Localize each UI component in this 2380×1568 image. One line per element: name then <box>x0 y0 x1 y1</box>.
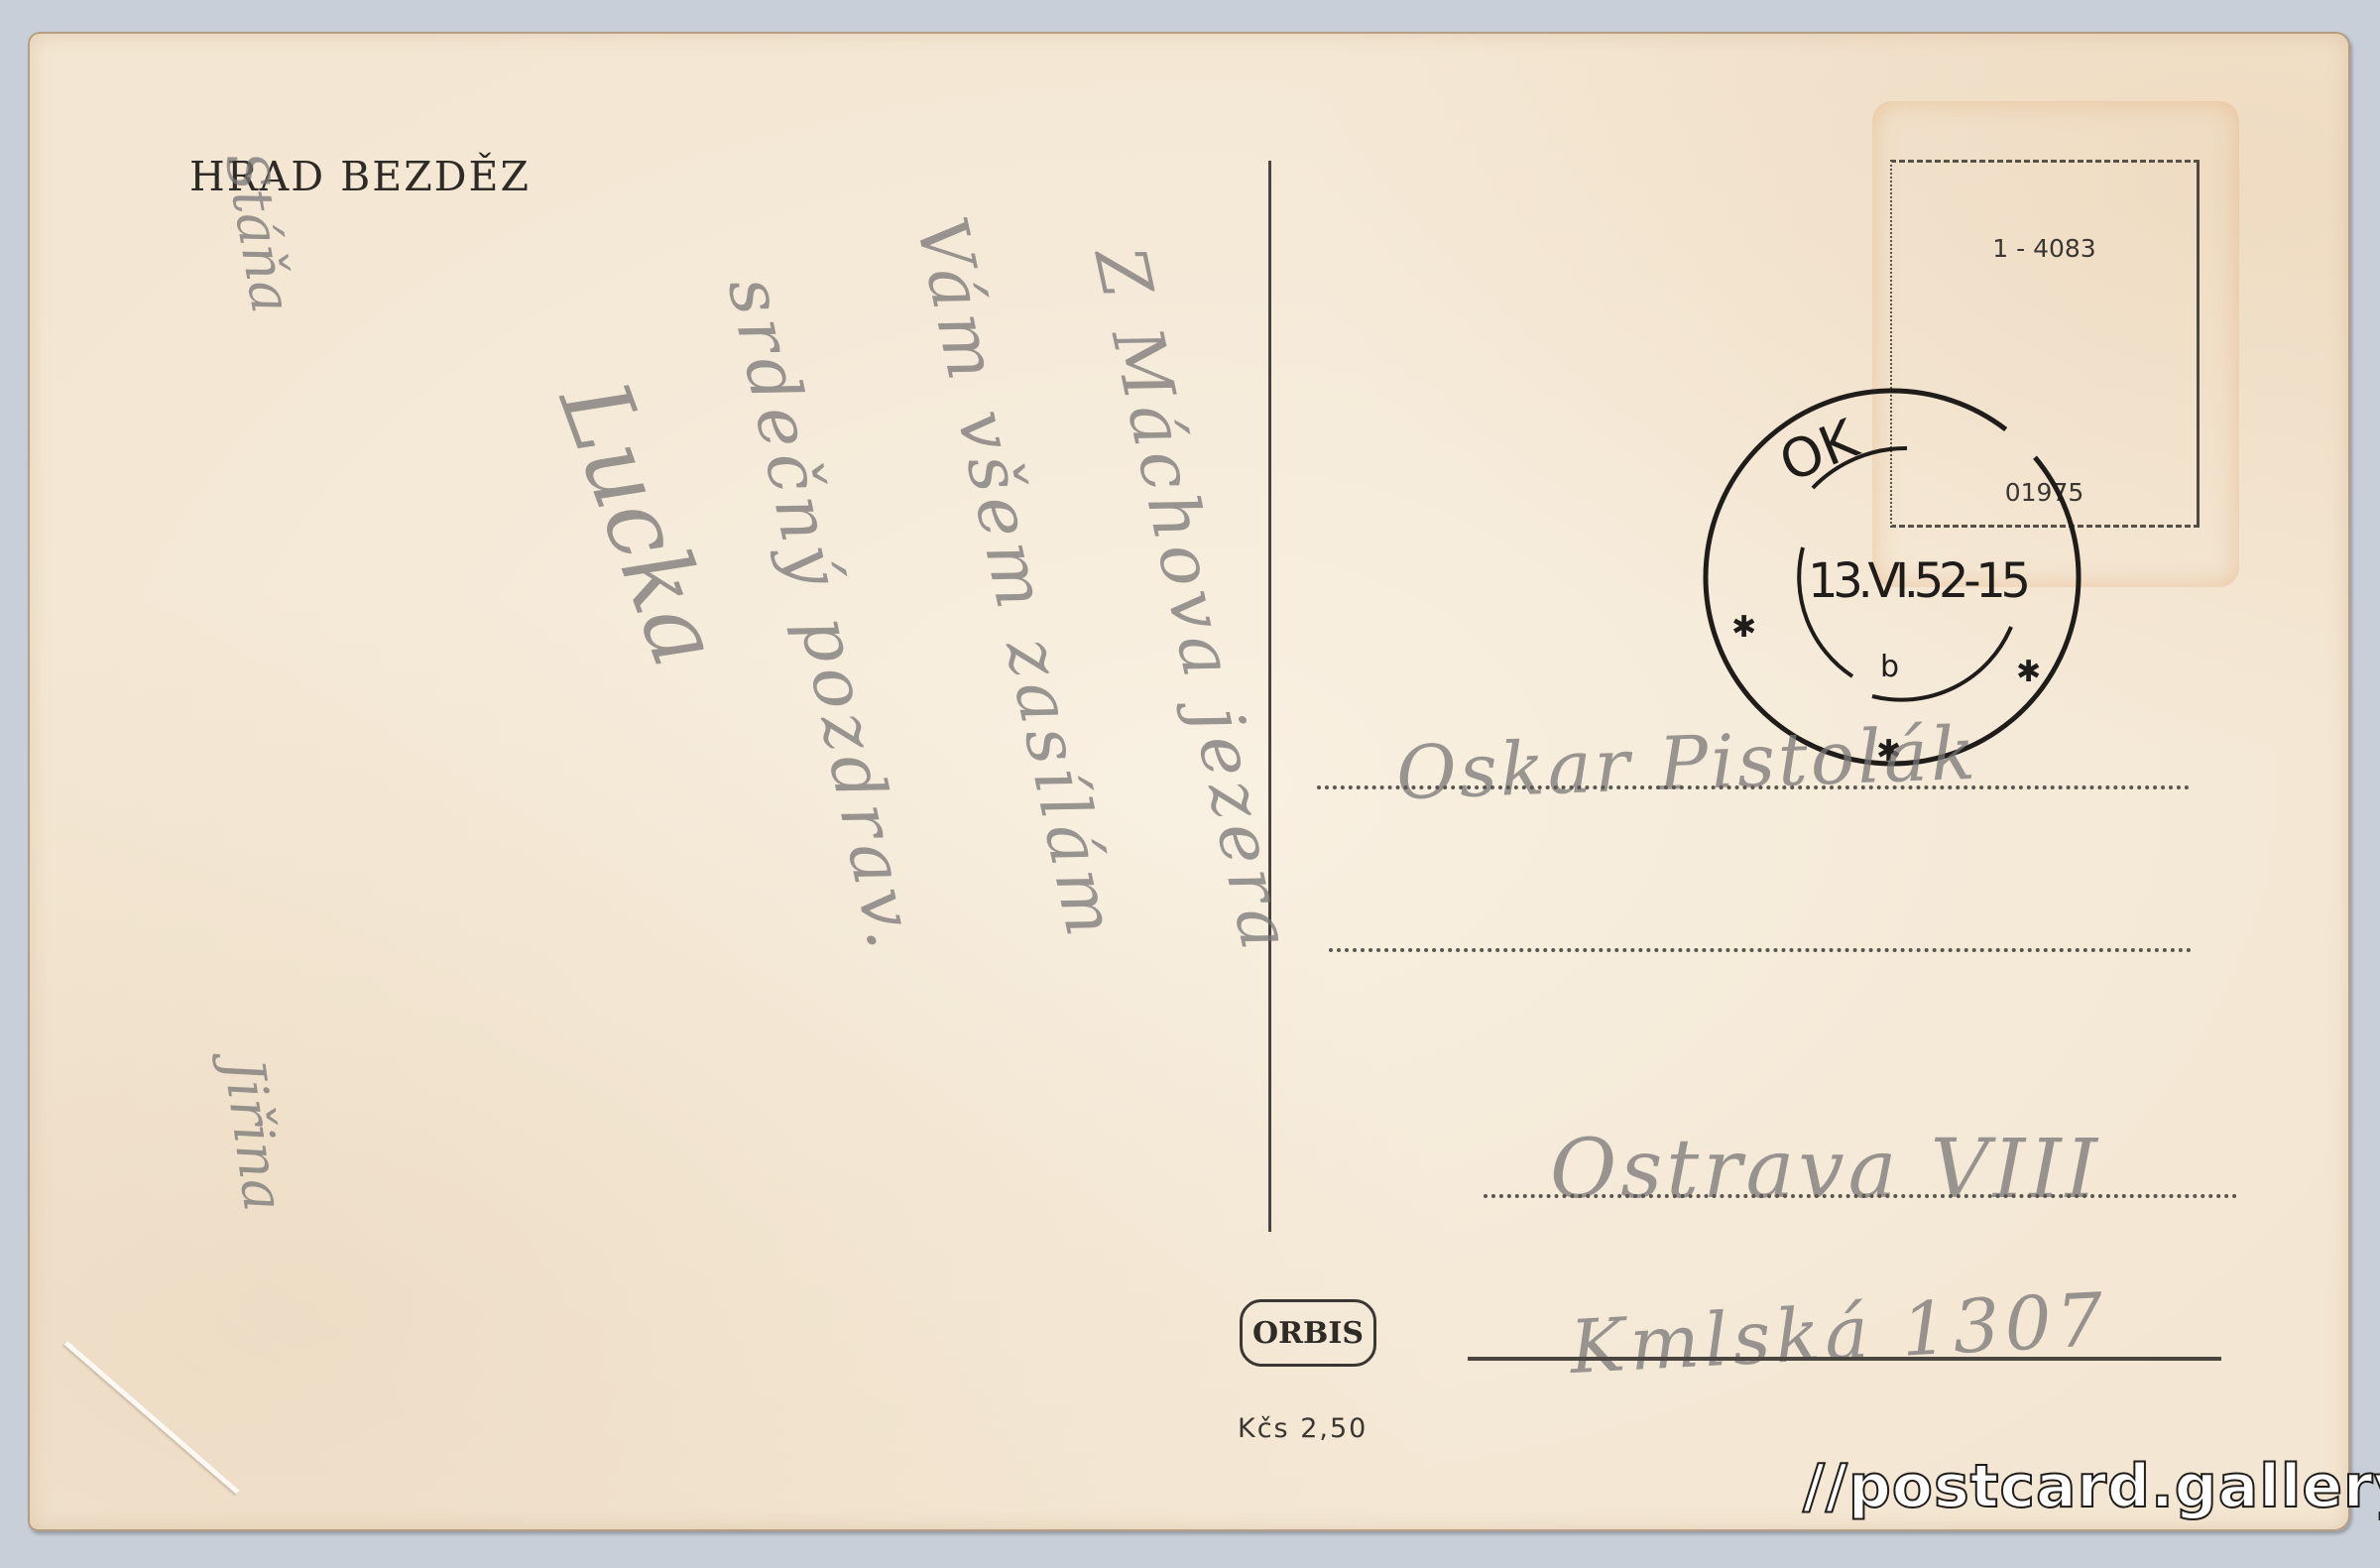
message-address-divider <box>1268 161 1271 1232</box>
signature: Lucka <box>537 367 742 679</box>
stamp-code: 1 - 4083 <box>1892 234 2197 263</box>
address-line <box>1317 785 2190 789</box>
address-line <box>1484 1194 2237 1198</box>
address-city: Ostrava VIII <box>1550 1123 2101 1217</box>
postmark-date: 13.VI.52-15 <box>1808 553 2031 609</box>
watermark: //postcard.gallery <box>1803 1452 2380 1521</box>
paper-crease <box>64 1341 240 1495</box>
message-line: srdečný pozdrav. <box>712 270 935 961</box>
postmark-letter: b <box>1880 650 1899 684</box>
address-line <box>1468 1357 2221 1361</box>
address-street: Kmlská 1307 <box>1568 1277 2110 1390</box>
star-icon: ✱ <box>1731 610 1756 645</box>
postmark-town: OK <box>1771 407 1867 494</box>
signature: Jiřina <box>210 1054 296 1215</box>
star-icon: ✱ <box>2016 655 2041 689</box>
publisher-logo: ORBIS <box>1240 1299 1376 1367</box>
price-label: Kčs 2,50 <box>1238 1413 1368 1444</box>
address-line <box>1329 948 2192 952</box>
address-name: Oskar Pistolák <box>1395 711 1980 816</box>
postcard-back: HRAD BEZDĚZ Z Máchova jezera Vám všem za… <box>28 32 2350 1531</box>
